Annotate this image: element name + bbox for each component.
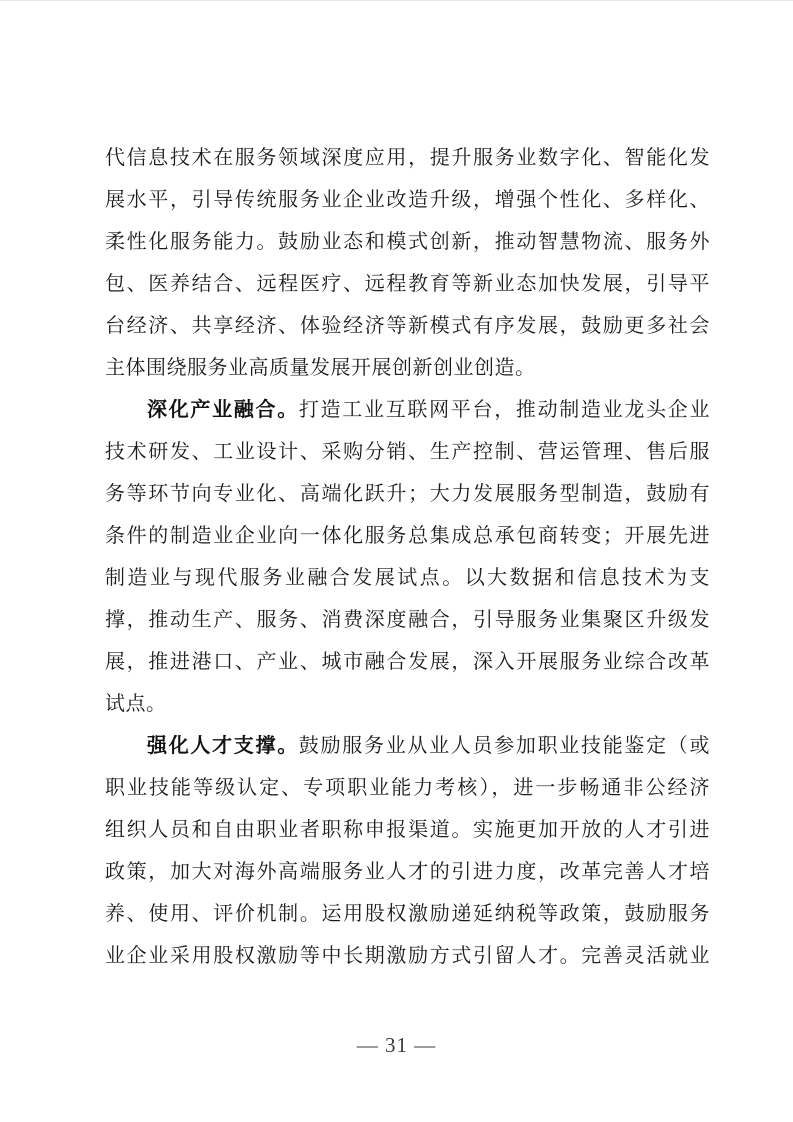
page-number: — 31 — [357, 1033, 437, 1057]
page-footer: — 31 — [0, 1030, 793, 1060]
text-line: 业企业采用股权激励等中长期激励方式引留人才。完善灵活就业 [105, 935, 710, 977]
text-line: 主体围绕服务业高质量发展开展创新创业创造。 [105, 347, 710, 389]
text-line: 养、使用、评价机制。运用股权激励递延纳税等政策，鼓励服务 [105, 893, 710, 935]
paragraph-text: 制造业与现代服务业融合发展试点。以大数据和信息技术为支 [105, 567, 710, 589]
paragraph-text: 组织人员和自由职业者职称申报渠道。实施更加开放的人才引进 [105, 819, 710, 841]
paragraph-text: 试点。 [105, 693, 167, 715]
paragraph-text: 展，推进港口、产业、城市融合发展，深入开展服务业综合改革 [105, 651, 710, 673]
paragraph-text: 养、使用、评价机制。运用股权激励递延纳税等政策，鼓励服务 [105, 903, 710, 925]
paragraph-text: 政策，加大对海外高端服务业人才的引进力度，改革完善人才培 [105, 861, 710, 883]
paragraph-lead-bold: 深化产业融合。 [147, 399, 299, 421]
paragraph-text: 条件的制造业企业向一体化服务总集成总承包商转变；开展先进 [105, 525, 710, 547]
paragraph-text: 职业技能等级认定、专项职业能力考核），进一步畅通非公经济 [105, 777, 710, 799]
text-line: 条件的制造业企业向一体化服务总集成总承包商转变；开展先进 [105, 515, 710, 557]
document-page: 代信息技术在服务领域深度应用，提升服务业数字化、智能化发展水平，引导传统服务业企… [0, 0, 793, 1122]
text-line: 台经济、共享经济、体验经济等新模式有序发展，鼓励更多社会 [105, 305, 710, 347]
text-line: 展水平，引导传统服务业企业改造升级，增强个性化、多样化、 [105, 179, 710, 221]
paragraph-text: 包、医养结合、远程医疗、远程教育等新业态加快发展，引导平 [105, 273, 710, 295]
paragraph-text: 代信息技术在服务领域深度应用，提升服务业数字化、智能化发 [105, 147, 710, 169]
text-block: 代信息技术在服务领域深度应用，提升服务业数字化、智能化发展水平，引导传统服务业企… [105, 137, 710, 977]
paragraph-text: 打造工业互联网平台，推动制造业龙头企业 [299, 399, 710, 421]
text-line: 制造业与现代服务业融合发展试点。以大数据和信息技术为支 [105, 557, 710, 599]
paragraph-text: 技术研发、工业设计、采购分销、生产控制、营运管理、售后服 [105, 441, 710, 463]
paragraph-text: 鼓励服务业从业人员参加职业技能鉴定（或 [299, 735, 710, 757]
paragraph-text: 台经济、共享经济、体验经济等新模式有序发展，鼓励更多社会 [105, 315, 710, 337]
text-line: 组织人员和自由职业者职称申报渠道。实施更加开放的人才引进 [105, 809, 710, 851]
paragraph-lead-bold: 强化人才支撑。 [147, 735, 299, 757]
scan-edge-line [0, 0, 793, 1]
text-line: 柔性化服务能力。鼓励业态和模式创新，推动智慧物流、服务外 [105, 221, 710, 263]
text-line: 撑，推动生产、服务、消费深度融合，引导服务业集聚区升级发 [105, 599, 710, 641]
text-line: 职业技能等级认定、专项职业能力考核），进一步畅通非公经济 [105, 767, 710, 809]
text-line: 务等环节向专业化、高端化跃升；大力发展服务型制造，鼓励有 [105, 473, 710, 515]
text-line: 深化产业融合。打造工业互联网平台，推动制造业龙头企业 [105, 389, 710, 431]
text-line: 包、医养结合、远程医疗、远程教育等新业态加快发展，引导平 [105, 263, 710, 305]
text-line: 试点。 [105, 683, 710, 725]
paragraph-text: 主体围绕服务业高质量发展开展创新创业创造。 [105, 357, 536, 379]
paragraph-text: 撑，推动生产、服务、消费深度融合，引导服务业集聚区升级发 [105, 609, 710, 631]
text-line: 展，推进港口、产业、城市融合发展，深入开展服务业综合改革 [105, 641, 710, 683]
paragraph-text: 务等环节向专业化、高端化跃升；大力发展服务型制造，鼓励有 [105, 483, 710, 505]
text-line: 政策，加大对海外高端服务业人才的引进力度，改革完善人才培 [105, 851, 710, 893]
paragraph-text: 柔性化服务能力。鼓励业态和模式创新，推动智慧物流、服务外 [105, 231, 710, 253]
text-line: 代信息技术在服务领域深度应用，提升服务业数字化、智能化发 [105, 137, 710, 179]
text-line: 强化人才支撑。鼓励服务业从业人员参加职业技能鉴定（或 [105, 725, 710, 767]
paragraph-text: 展水平，引导传统服务业企业改造升级，增强个性化、多样化、 [105, 189, 710, 211]
paragraph-text: 业企业采用股权激励等中长期激励方式引留人才。完善灵活就业 [105, 945, 710, 967]
text-line: 技术研发、工业设计、采购分销、生产控制、营运管理、售后服 [105, 431, 710, 473]
